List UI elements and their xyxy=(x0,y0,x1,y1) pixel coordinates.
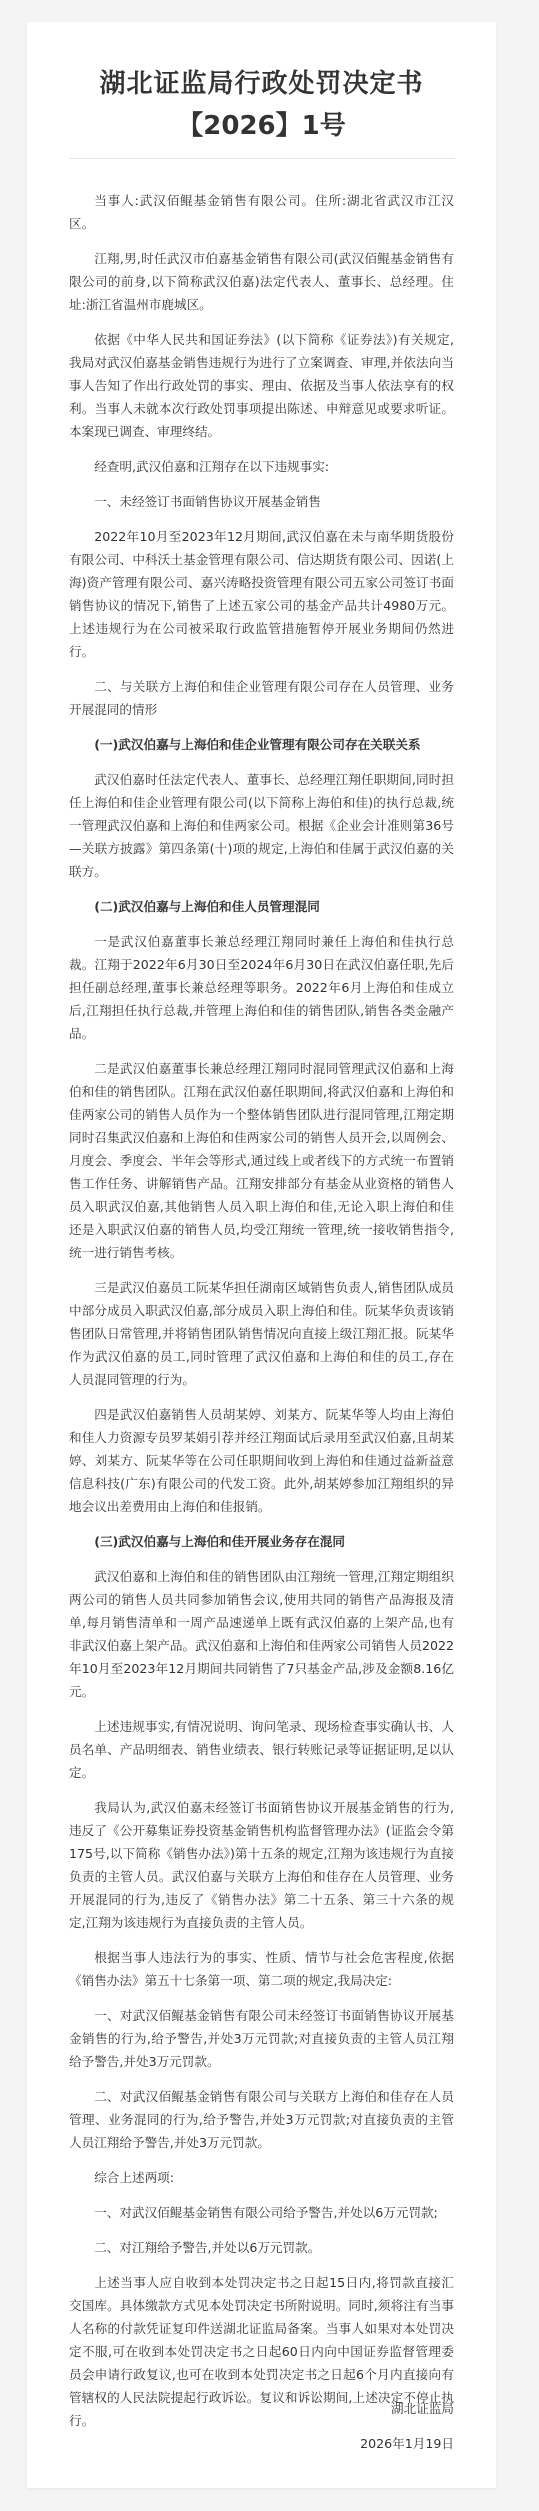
paragraph-penalty-2: 二、对武汉佰鲲基金销售有限公司与关联方上海伯和佳存在人员管理、业务混同的行为,给… xyxy=(69,2085,454,2154)
document-number: 【2026】1号 xyxy=(27,108,496,144)
document-title: 湖北证监局行政处罚决定书 xyxy=(27,66,496,102)
paragraph-opinion: 我局认为,武汉伯嘉未经签订书面销售协议开展基金销售的行为,违反了《公开募集证券投… xyxy=(69,1796,454,1934)
paragraph-related-party: 武汉伯嘉时任法定代表人、董事长、总经理江翔任职期间,同时担任上海伯和佳企业管理有… xyxy=(69,768,454,883)
paragraph-summary-1: 一、对武汉佰鲲基金销售有限公司给予警告,并处以6万元罚款; xyxy=(69,2201,454,2224)
paragraph-party: 当事人:武汉佰鲲基金销售有限公司。住所:湖北省武汉市江汉区。 xyxy=(69,189,454,235)
paragraph-evidence: 上述违规事实,有情况说明、询问笔录、现场检查事实确认书、人员名单、产品明细表、销… xyxy=(69,1715,454,1784)
signature-date: 2026年1月19日 xyxy=(360,2432,454,2455)
document-header: 湖北证监局行政处罚决定书 【2026】1号 xyxy=(27,22,496,144)
section-heading-2: 二、与关联方上海伯和佳企业管理有限公司存在人员管理、业务开展混同的情形 xyxy=(69,675,454,721)
signature-organization: 湖北证监局 xyxy=(360,2397,454,2420)
paragraph-summary-2: 二、对江翔给予警告,并处以6万元罚款。 xyxy=(69,2236,454,2259)
paragraph-personnel-1: 一是武汉伯嘉董事长兼总经理江翔同时兼任上海伯和佳执行总裁。江翔于2022年6月3… xyxy=(69,930,454,1045)
paragraph-decision-basis: 根据当事人违法行为的事实、性质、情节与社会危害程度,依据《销售办法》第五十七条第… xyxy=(69,1946,454,1992)
subsection-heading-2-3: (三)武汉伯嘉与上海伯和佳开展业务存在混同 xyxy=(69,1530,454,1553)
paragraph-basis: 依据《中华人民共和国证券法》(以下简称《证券法》)有关规定,我局对武汉伯嘉基金销… xyxy=(69,328,454,443)
paragraph-section-1: 2022年10月至2023年12月期间,武汉伯嘉在未与南华期货股份有限公司、中科… xyxy=(69,525,454,663)
document-card: 湖北证监局行政处罚决定书 【2026】1号 当事人:武汉佰鲲基金销售有限公司。住… xyxy=(27,22,496,2488)
title-divider xyxy=(69,158,455,159)
paragraph-findings-intro: 经查明,武汉伯嘉和江翔存在以下违规事实: xyxy=(69,455,454,478)
paragraph-summary-intro: 综合上述两项: xyxy=(69,2166,454,2189)
subsection-heading-2-2: (二)武汉伯嘉与上海伯和佳人员管理混同 xyxy=(69,895,454,918)
paragraph-person: 江翔,男,时任武汉市伯嘉基金销售有限公司(武汉佰鲲基金销售有限公司的前身,以下简… xyxy=(69,247,454,316)
signature-block: 湖北证监局 2026年1月19日 xyxy=(360,2397,454,2455)
paragraph-penalty-1: 一、对武汉佰鲲基金销售有限公司未经签订书面销售协议开展基金销售的行为,给予警告,… xyxy=(69,2004,454,2073)
paragraph-personnel-4: 四是武汉伯嘉销售人员胡某婷、刘某方、阮某华等人均由上海伯和佳人力资源专员罗某娟引… xyxy=(69,1403,454,1518)
paragraph-business-mix: 武汉伯嘉和上海伯和佳的销售团队由江翔统一管理,江翔定期组织两公司的销售人员共同参… xyxy=(69,1565,454,1703)
section-heading-1: 一、未经签订书面销售协议开展基金销售 xyxy=(69,490,454,513)
paragraph-personnel-2: 二是武汉伯嘉董事长兼总经理江翔同时混同管理武汉伯嘉和上海伯和佳的销售团队。江翔在… xyxy=(69,1057,454,1264)
subsection-heading-2-1: (一)武汉伯嘉与上海伯和佳企业管理有限公司存在关联关系 xyxy=(69,733,454,756)
document-body: 当事人:武汉佰鲲基金销售有限公司。住所:湖北省武汉市江汉区。 江翔,男,时任武汉… xyxy=(27,173,496,2432)
paragraph-personnel-3: 三是武汉伯嘉员工阮某华担任湖南区域销售负责人,销售团队成员中部分成员入职武汉伯嘉… xyxy=(69,1276,454,1391)
